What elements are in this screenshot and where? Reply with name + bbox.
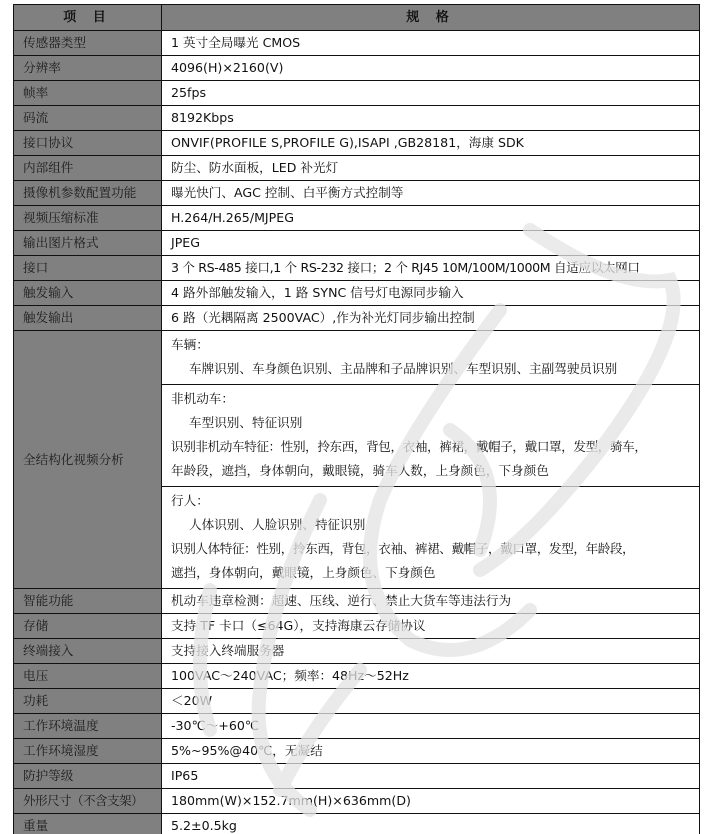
table-row: 存储 支持 TF 卡口（≤64G），支持海康云存储协议 xyxy=(14,614,700,639)
table-row: 智能功能 机动车违章检测：超速、压线、逆行、禁止大货车等违法行为 xyxy=(14,589,700,614)
row-spec: 1 英寸全局曝光 CMOS xyxy=(162,31,700,56)
analysis-pedestrian-block: 行人： 人体识别、人脸识别、特征识别 识别人体特征：性别，拎东西，背包，衣袖、裤… xyxy=(162,487,700,589)
row-item: 接口协议 xyxy=(14,131,162,156)
row-item: 摄像机参数配置功能 xyxy=(14,181,162,206)
table-row: 视频压缩标准 H.264/H.265/MJPEG xyxy=(14,206,700,231)
row-item: 终端接入 xyxy=(14,639,162,664)
row-item: 输出图片格式 xyxy=(14,231,162,256)
row-spec: 180mm(W)×152.7mm(H)×636mm(D) xyxy=(162,789,700,814)
row-item: 触发输出 xyxy=(14,306,162,331)
table-row: 帧率 25fps xyxy=(14,81,700,106)
row-item: 分辨率 xyxy=(14,56,162,81)
nonmotor-features-line-2: 年龄段，遮挡，身体朝向，戴眼镜，骑车人数，上身颜色，下身颜色 xyxy=(171,459,699,483)
row-spec: H.264/H.265/MJPEG xyxy=(162,206,700,231)
row-spec: -30℃～+60℃ xyxy=(162,714,700,739)
pedestrian-features-line-1: 识别人体特征：性别，拎东西，背包，衣袖、裤裙、戴帽子，戴口罩，发型，年龄段， xyxy=(171,537,699,561)
row-spec: 8192Kbps xyxy=(162,106,700,131)
table-row: 分辨率 4096(H)×2160(V) xyxy=(14,56,700,81)
row-item: 工作环境温度 xyxy=(14,714,162,739)
row-spec: ＜20W xyxy=(162,689,700,714)
table-row: 功耗 ＜20W xyxy=(14,689,700,714)
table-row: 接口协议 ONVIF(PROFILE S,PROFILE G),ISAPI ,G… xyxy=(14,131,700,156)
pedestrian-capabilities: 人体识别、人脸识别、特征识别 xyxy=(171,513,699,537)
vehicle-capabilities: 车牌识别、车身颜色识别、主品牌和子品牌识别、车型识别、主副驾驶员识别 xyxy=(171,357,699,381)
header-row: 项 目 规 格 xyxy=(14,5,700,31)
row-item: 内部组件 xyxy=(14,156,162,181)
analysis-item: 全结构化视频分析 xyxy=(14,331,162,589)
row-spec: 防尘、防水面板，LED 补光灯 xyxy=(162,156,700,181)
row-spec: 4096(H)×2160(V) xyxy=(162,56,700,81)
table-row: 电压 100VAC～240VAC；频率：48Hz～52Hz xyxy=(14,664,700,689)
row-spec: 5.2±0.5kg xyxy=(162,814,700,834)
row-item: 码流 xyxy=(14,106,162,131)
table-row: 触发输出 6 路（光耦隔离 2500VAC）,作为补光灯同步输出控制 xyxy=(14,306,700,331)
row-item: 触发输入 xyxy=(14,281,162,306)
table-row: 终端接入 支持接入终端服务器 xyxy=(14,639,700,664)
row-item: 工作环境湿度 xyxy=(14,739,162,764)
row-item: 电压 xyxy=(14,664,162,689)
row-item: 视频压缩标准 xyxy=(14,206,162,231)
vehicle-title: 车辆： xyxy=(171,333,699,357)
row-item: 功耗 xyxy=(14,689,162,714)
analysis-nonmotor-block: 非机动车： 车型识别、特征识别 识别非机动车特征：性别，拎东西，背包，衣袖，裤裙… xyxy=(162,385,700,487)
table-row: 摄像机参数配置功能 曝光快门、AGC 控制、白平衡方式控制等 xyxy=(14,181,700,206)
nonmotor-title: 非机动车： xyxy=(171,387,699,411)
table-row: 工作环境温度 -30℃～+60℃ xyxy=(14,714,700,739)
row-item: 帧率 xyxy=(14,81,162,106)
row-item: 智能功能 xyxy=(14,589,162,614)
row-spec: 5%~95%@40℃，无凝结 xyxy=(162,739,700,764)
table-row: 触发输入 4 路外部触发输入，1 路 SYNC 信号灯电源同步输入 xyxy=(14,281,700,306)
row-spec: 机动车违章检测：超速、压线、逆行、禁止大货车等违法行为 xyxy=(162,589,700,614)
table-row: 内部组件 防尘、防水面板，LED 补光灯 xyxy=(14,156,700,181)
pedestrian-title: 行人： xyxy=(171,489,699,513)
row-item: 传感器类型 xyxy=(14,31,162,56)
table-row: 接口 3 个 RS-485 接口,1 个 RS-232 接口；2 个 RJ45 … xyxy=(14,256,700,281)
row-item: 存储 xyxy=(14,614,162,639)
table-row: 输出图片格式 JPEG xyxy=(14,231,700,256)
row-spec: 100VAC～240VAC；频率：48Hz～52Hz xyxy=(162,664,700,689)
header-item: 项 目 xyxy=(14,5,162,31)
pedestrian-features-line-2: 遮挡，身体朝向，戴眼镜，上身颜色、下身颜色 xyxy=(171,561,699,585)
row-item: 接口 xyxy=(14,256,162,281)
row-spec: ONVIF(PROFILE S,PROFILE G),ISAPI ,GB2818… xyxy=(162,131,700,156)
table-row: 重量 5.2±0.5kg xyxy=(14,814,700,834)
row-item: 防护等级 xyxy=(14,764,162,789)
header-spec: 规 格 xyxy=(162,5,700,31)
table-row: 码流 8192Kbps xyxy=(14,106,700,131)
table-row: 传感器类型 1 英寸全局曝光 CMOS xyxy=(14,31,700,56)
table-row: 防护等级 IP65 xyxy=(14,764,700,789)
row-spec: 25fps xyxy=(162,81,700,106)
row-spec: 曝光快门、AGC 控制、白平衡方式控制等 xyxy=(162,181,700,206)
nonmotor-features-line-1: 识别非机动车特征：性别，拎东西，背包，衣袖，裤裙，戴帽子，戴口罩，发型，骑车， xyxy=(171,435,699,459)
table-row: 工作环境湿度 5%~95%@40℃，无凝结 xyxy=(14,739,700,764)
row-item: 外形尺寸（不含支架） xyxy=(14,789,162,814)
analysis-vehicle-block: 车辆： 车牌识别、车身颜色识别、主品牌和子品牌识别、车型识别、主副驾驶员识别 xyxy=(162,331,700,385)
row-spec: IP65 xyxy=(162,764,700,789)
table-row: 外形尺寸（不含支架） 180mm(W)×152.7mm(H)×636mm(D) xyxy=(14,789,700,814)
row-item: 重量 xyxy=(14,814,162,834)
nonmotor-capabilities: 车型识别、特征识别 xyxy=(171,411,699,435)
spec-table: 项 目 规 格 传感器类型 1 英寸全局曝光 CMOS 分辨率 4096(H)×… xyxy=(13,4,700,834)
row-spec: 4 路外部触发输入，1 路 SYNC 信号灯电源同步输入 xyxy=(162,281,700,306)
row-spec: 6 路（光耦隔离 2500VAC）,作为补光灯同步输出控制 xyxy=(162,306,700,331)
row-spec: 支持 TF 卡口（≤64G），支持海康云存储协议 xyxy=(162,614,700,639)
row-spec: 3 个 RS-485 接口,1 个 RS-232 接口；2 个 RJ45 10M… xyxy=(162,256,700,281)
row-spec: JPEG xyxy=(162,231,700,256)
analysis-row-vehicle: 全结构化视频分析 车辆： 车牌识别、车身颜色识别、主品牌和子品牌识别、车型识别、… xyxy=(14,331,700,385)
row-spec: 支持接入终端服务器 xyxy=(162,639,700,664)
